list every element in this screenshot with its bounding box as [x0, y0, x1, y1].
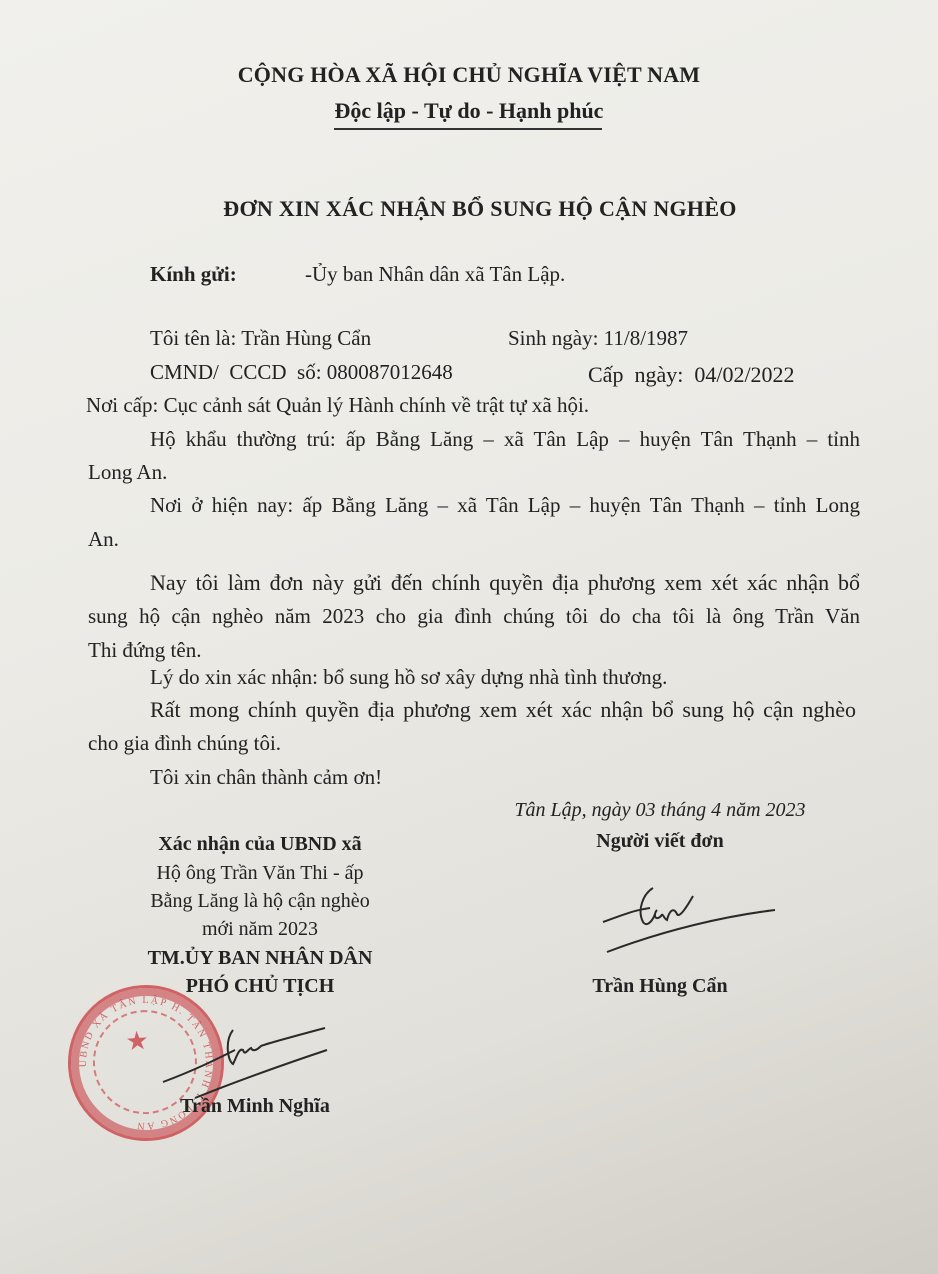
- confirmation-heading: Xác nhận của UBND xã: [60, 833, 460, 856]
- recipient-label: Kính gửi:: [150, 262, 237, 287]
- permanent-address-line2: Long An.: [88, 460, 167, 485]
- applicant-signature: [595, 870, 795, 960]
- official-signature: [155, 1020, 335, 1100]
- permanent-address-line1: Hộ khẩu thường trú: ấp Bằng Lăng – xã Tâ…: [150, 427, 860, 452]
- dob-label: Sinh ngày:: [508, 326, 598, 350]
- issue-place: Cục cảnh sát Quản lý Hành chính về trật …: [164, 393, 589, 417]
- issue-place-label: Nơi cấp:: [86, 393, 158, 417]
- confirmation-line3: mới năm 2023: [60, 918, 460, 941]
- confirmation-line1: Hộ ông Trần Văn Thi - ấp: [60, 862, 460, 885]
- current-address-line1: Nơi ở hiện nay: ấp Bằng Lăng – xã Tân Lậ…: [150, 493, 860, 518]
- recipient-value: -Ủy ban Nhân dân xã Tân Lập.: [305, 262, 565, 287]
- name-label: Tôi tên là:: [150, 326, 236, 350]
- national-motto: Độc lập - Tự do - Hạnh phúc: [0, 98, 938, 124]
- issue-date-label: Cấp ngày:: [588, 362, 683, 387]
- dob-row: Sinh ngày: 11/8/1987: [508, 326, 688, 351]
- hope-line2: cho gia đình chúng tôi.: [88, 731, 281, 756]
- request-line2: sung hộ cận nghèo năm 2023 cho gia đình …: [88, 604, 860, 629]
- request-line3: Thi đứng tên.: [88, 638, 201, 663]
- id-label: CMND/ CCCD số:: [150, 360, 322, 384]
- signer-role: Người viết đơn: [470, 830, 850, 853]
- issue-date-row: Cấp ngày: 04/02/2022: [588, 362, 795, 388]
- issue-place-row: Nơi cấp: Cục cảnh sát Quản lý Hành chính…: [86, 393, 589, 418]
- current-address-line2: An.: [88, 527, 119, 552]
- document-title: ĐƠN XIN XÁC NHẬN BỔ SUNG HỘ CẬN NGHÈO: [0, 196, 938, 222]
- reason-line: Lý do xin xác nhận: bổ sung hồ sơ xây dự…: [150, 665, 667, 690]
- applicant-name: Trần Hùng Cẩn: [241, 326, 371, 350]
- applicant-signed-name: Trần Hùng Cẩn: [470, 975, 850, 998]
- place-date: Tân Lập, ngày 03 tháng 4 năm 2023: [470, 799, 850, 822]
- motto-underline: [334, 128, 602, 130]
- confirmation-line2: Bằng Lăng là hộ cận nghèo: [60, 890, 460, 913]
- thanks-line: Tôi xin chân thành cảm ơn!: [150, 765, 382, 790]
- hope-line1: Rất mong chính quyền địa phương xem xét …: [150, 697, 856, 723]
- id-row: CMND/ CCCD số: 080087012648: [150, 360, 453, 385]
- application-document: CỘNG HÒA XÃ HỘI CHỦ NGHĨA VIỆT NAM Độc l…: [0, 0, 938, 1274]
- official-signed-name: Trần Minh Nghĩa: [55, 1095, 455, 1118]
- confirmation-org: TM.ỦY BAN NHÂN DÂN: [60, 947, 460, 970]
- applicant-name-row: Tôi tên là: Trần Hùng Cẩn: [150, 326, 371, 351]
- national-header: CỘNG HÒA XÃ HỘI CHỦ NGHĨA VIỆT NAM: [0, 62, 938, 88]
- dob-value: 11/8/1987: [604, 326, 688, 350]
- request-line1: Nay tôi làm đơn này gửi đến chính quyền …: [150, 570, 860, 596]
- issue-date: 04/02/2022: [694, 362, 794, 387]
- id-number: 080087012648: [327, 360, 453, 384]
